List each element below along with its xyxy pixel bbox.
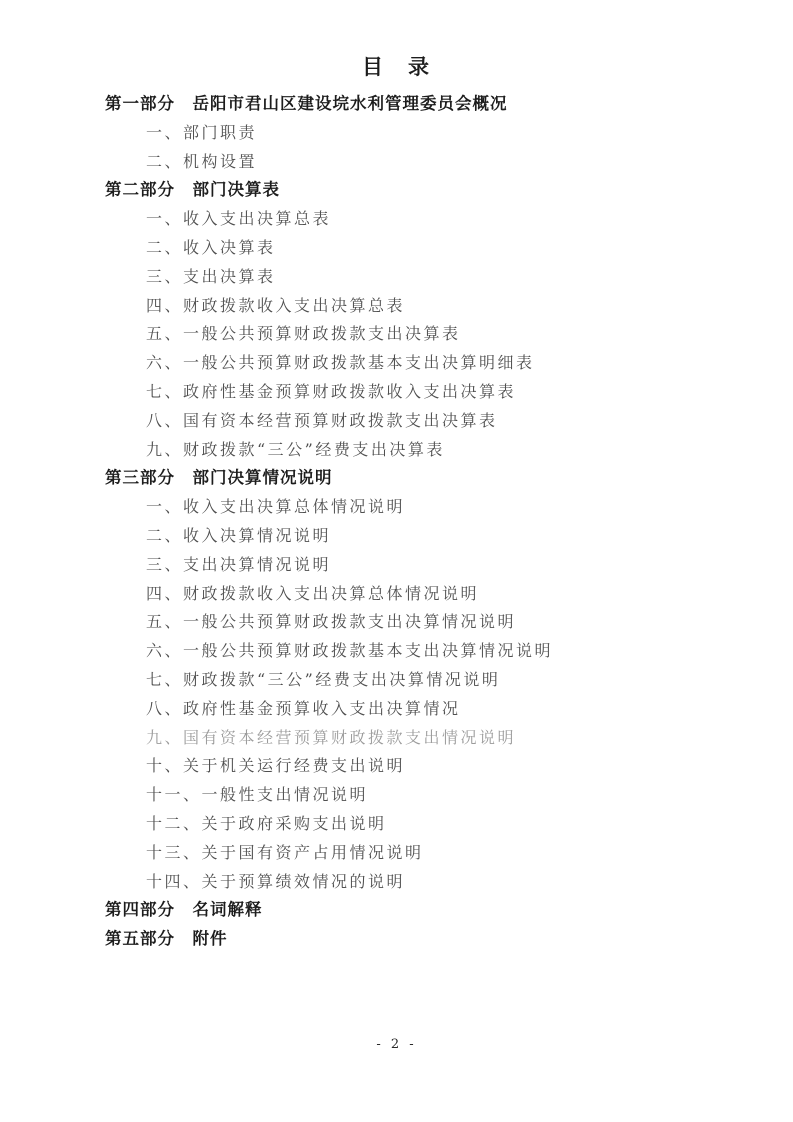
toc-item: 五、一般公共预算财政拨款支出决算情况说明 [105,608,753,637]
toc-part-2-heading: 第二部分 部门决算表 [105,176,753,205]
page-title: 目 录 [0,52,793,82]
toc-item: 七、财政拨款“三公”经费支出决算情况说明 [105,666,753,695]
toc-item: 七、政府性基金预算财政拨款收入支出决算表 [105,378,753,407]
toc-item: 八、国有资本经营预算财政拨款支出决算表 [105,407,753,436]
toc-item: 五、一般公共预算财政拨款支出决算表 [105,320,753,349]
toc-item: 十三、关于国有资产占用情况说明 [105,839,753,868]
toc-item: 十二、关于政府采购支出说明 [105,810,753,839]
toc-item: 四、财政拨款收入支出决算总体情况说明 [105,580,753,609]
toc-item: 六、一般公共预算财政拨款基本支出决算情况说明 [105,637,753,666]
toc-item: 二、收入决算表 [105,234,753,263]
toc-item: 二、收入决算情况说明 [105,522,753,551]
toc-item: 十、关于机关运行经费支出说明 [105,752,753,781]
toc-item: 四、财政拨款收入支出决算总表 [105,292,753,321]
page-number: - 2 - [0,1037,793,1052]
table-of-contents: 第一部分 岳阳市君山区建设垸水利管理委员会概况 一、部门职责 二、机构设置 第二… [105,90,753,954]
toc-item: 六、一般公共预算财政拨款基本支出决算明细表 [105,349,753,378]
toc-item: 一、收入支出决算总表 [105,205,753,234]
toc-item: 一、收入支出决算总体情况说明 [105,493,753,522]
toc-item: 一、部门职责 [105,119,753,148]
toc-item: 三、支出决算情况说明 [105,551,753,580]
toc-item: 十一、一般性支出情况说明 [105,781,753,810]
toc-item-muted: 九、国有资本经营预算财政拨款支出情况说明 [105,724,753,753]
toc-part-4-heading: 第四部分 名词解释 [105,896,753,925]
toc-part-5-heading: 第五部分 附件 [105,925,753,954]
toc-item: 二、机构设置 [105,148,753,177]
document-page: 目 录 第一部分 岳阳市君山区建设垸水利管理委员会概况 一、部门职责 二、机构设… [0,0,793,1122]
toc-item: 八、政府性基金预算收入支出决算情况 [105,695,753,724]
toc-item: 九、财政拨款“三公”经费支出决算表 [105,436,753,465]
toc-part-3-heading: 第三部分 部门决算情况说明 [105,464,753,493]
toc-item: 十四、关于预算绩效情况的说明 [105,868,753,897]
toc-item: 三、支出决算表 [105,263,753,292]
toc-part-1-heading: 第一部分 岳阳市君山区建设垸水利管理委员会概况 [105,90,753,119]
